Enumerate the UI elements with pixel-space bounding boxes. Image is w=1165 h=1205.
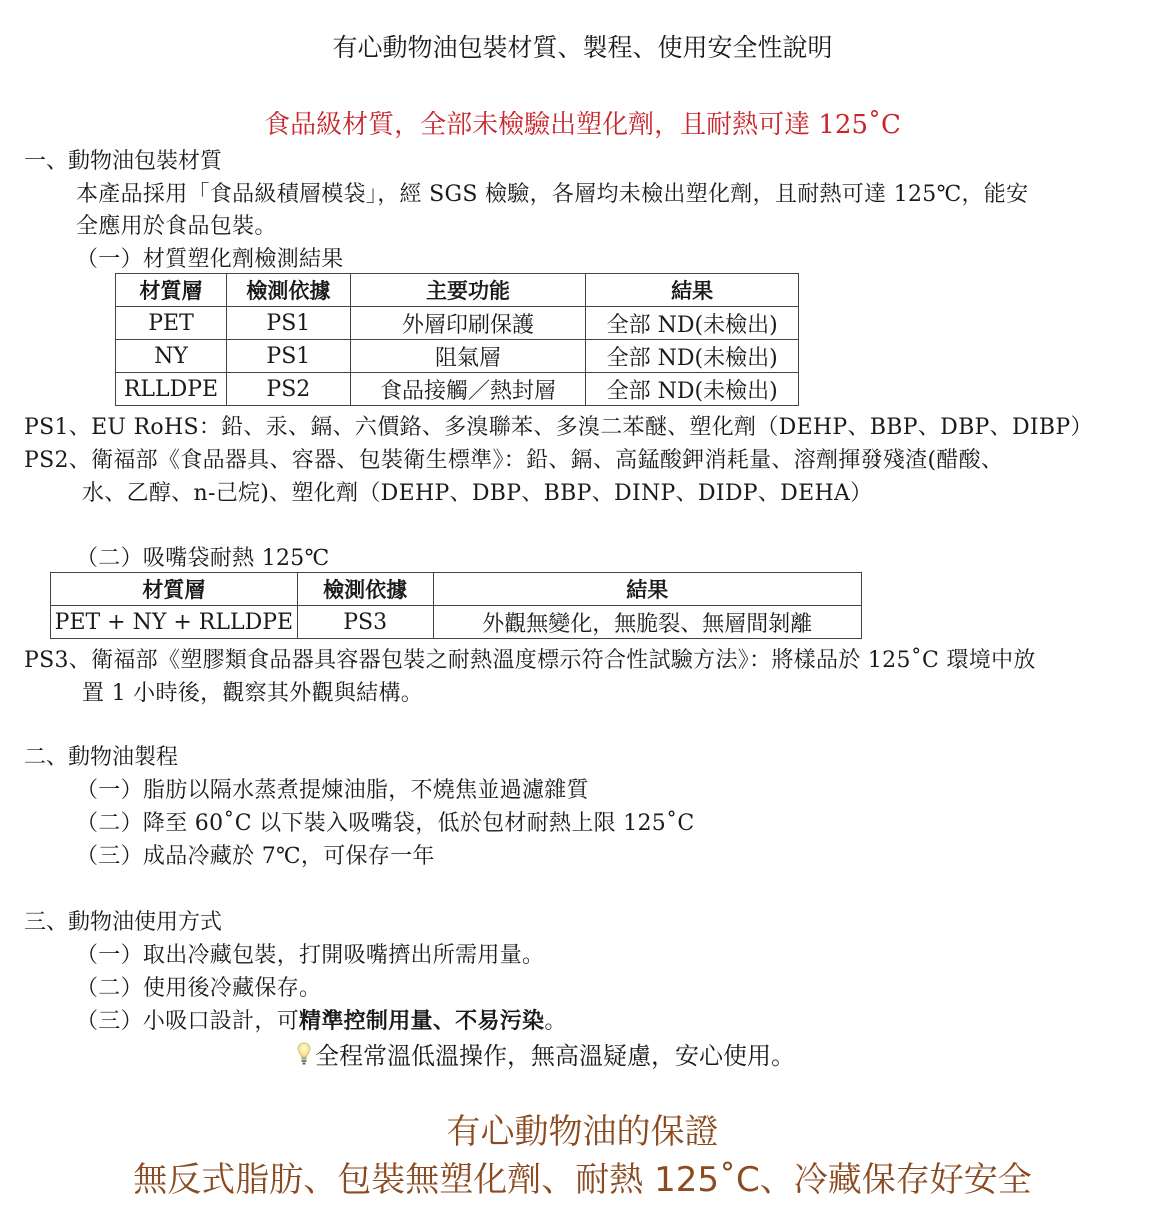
usage-step-3-prefix: （三）小吸口設計，可	[76, 1009, 299, 1034]
process-step-1: （一）脂肪以隔水蒸煮提煉油脂，不燒焦並過濾雜質	[76, 773, 589, 804]
table-row: PET + NY + RLLDPE PS3 外觀無變化，無脆裂、無層間剝離	[51, 606, 862, 639]
ps3-note-line2: 置 1 小時後，觀察其外觀與結構。	[82, 676, 423, 707]
table-cell: 阻氣層	[350, 340, 586, 373]
table-header-row: 材質層 檢測依據 主要功能 結果	[116, 274, 799, 307]
usage-step-3: （三）小吸口設計，可精準控制用量、不易污染。	[76, 1004, 567, 1035]
ps2-note-line2: 水、乙醇、n-己烷)、塑化劑（DEHP、DBP、BBP、DINP、DIDP、DE…	[82, 476, 872, 507]
ps1-note: PS1、EU RoHS：鉛、汞、鎘、六價鉻、多溴聯苯、多溴二苯醚、塑化劑（DEH…	[24, 410, 1093, 441]
table-cell: PET	[116, 307, 227, 340]
table-header-row: 材質層 檢測依據 結果	[51, 573, 862, 606]
process-step-3: （三）成品冷藏於 7℃，可保存一年	[76, 839, 435, 870]
table-header-cell: 主要功能	[350, 274, 586, 307]
table-header-cell: 材質層	[116, 274, 227, 307]
table-cell: 外層印刷保護	[350, 307, 586, 340]
ps3-note-line1: PS3、衛福部《塑膠類食品器具容器包裝之耐熱溫度標示符合性試驗方法》：將樣品於 …	[24, 643, 1036, 674]
table-header-cell: 結果	[586, 274, 799, 307]
section1-heading: 一、動物油包裝材質	[24, 144, 222, 175]
section1-intro-line2: 全應用於食品包裝。	[76, 209, 277, 240]
guarantee-line: 無反式脂肪、包裝無塑化劑、耐熱 125˚C、冷藏保存好安全	[0, 1152, 1165, 1201]
lightbulb-icon	[297, 1042, 311, 1068]
page-title: 有心動物油包裝材質、製程、使用安全性說明	[0, 28, 1165, 64]
table-header-cell: 檢測依據	[297, 573, 433, 606]
plasticizer-test-table: 材質層 檢測依據 主要功能 結果 PET PS1 外層印刷保護 全部 ND(未檢…	[115, 273, 799, 406]
table-cell: 全部 ND(未檢出)	[586, 373, 799, 406]
table-header-cell: 材質層	[51, 573, 298, 606]
table-row: PET PS1 外層印刷保護 全部 ND(未檢出)	[116, 307, 799, 340]
table-cell: 全部 ND(未檢出)	[586, 307, 799, 340]
usage-step-3-emphasis: 精準控制用量、不易污染	[299, 1009, 544, 1034]
table-header-cell: 結果	[433, 573, 861, 606]
guarantee-title: 有心動物油的保證	[0, 1104, 1165, 1153]
section1-sub2-heading: （二）吸嘴袋耐熱 125℃	[76, 541, 330, 572]
table-cell: NY	[116, 340, 227, 373]
table-cell: 食品接觸／熱封層	[350, 373, 586, 406]
section2-heading: 二、動物油製程	[24, 740, 178, 771]
section3-heading: 三、動物油使用方式	[24, 905, 222, 936]
table-cell: PET + NY + RLLDPE	[51, 606, 298, 639]
table-cell: PS1	[226, 307, 350, 340]
table-header-cell: 檢測依據	[226, 274, 350, 307]
table-row: RLLDPE PS2 食品接觸／熱封層 全部 ND(未檢出)	[116, 373, 799, 406]
usage-step-2: （二）使用後冷藏保存。	[76, 971, 321, 1002]
page-subtitle: 食品級材質，全部未檢驗出塑化劑，且耐熱可達 125˚C	[0, 104, 1165, 141]
ps2-note-line1: PS2、衛福部《食品器具、容器、包裝衛生標準》：鉛、鎘、高錳酸鉀消耗量、溶劑揮發…	[24, 443, 1003, 474]
table-cell: PS2	[226, 373, 350, 406]
section1-sub1-heading: （一）材質塑化劑檢測結果	[76, 242, 344, 273]
safety-tip-text: 全程常溫低溫操作，無高溫疑慮，安心使用。	[315, 1042, 795, 1070]
process-step-2: （二）降至 60˚C 以下裝入吸嘴袋，低於包材耐熱上限 125˚C	[76, 806, 695, 837]
usage-step-1: （一）取出冷藏包裝，打開吸嘴擠出所需用量。	[76, 938, 544, 969]
table-cell: PS3	[297, 606, 433, 639]
table-cell: RLLDPE	[116, 373, 227, 406]
usage-step-3-suffix: 。	[544, 1009, 566, 1034]
table-cell: 外觀無變化，無脆裂、無層間剝離	[433, 606, 861, 639]
safety-tip: 全程常溫低溫操作，無高溫疑慮，安心使用。	[297, 1036, 795, 1071]
table-cell: PS1	[226, 340, 350, 373]
heat-resistance-table: 材質層 檢測依據 結果 PET + NY + RLLDPE PS3 外觀無變化，…	[50, 572, 862, 639]
table-row: NY PS1 阻氣層 全部 ND(未檢出)	[116, 340, 799, 373]
table-cell: 全部 ND(未檢出)	[586, 340, 799, 373]
section1-intro-line1: 本產品採用「食品級積層模袋」，經 SGS 檢驗，各層均未檢出塑化劑，且耐熱可達 …	[76, 177, 1028, 208]
